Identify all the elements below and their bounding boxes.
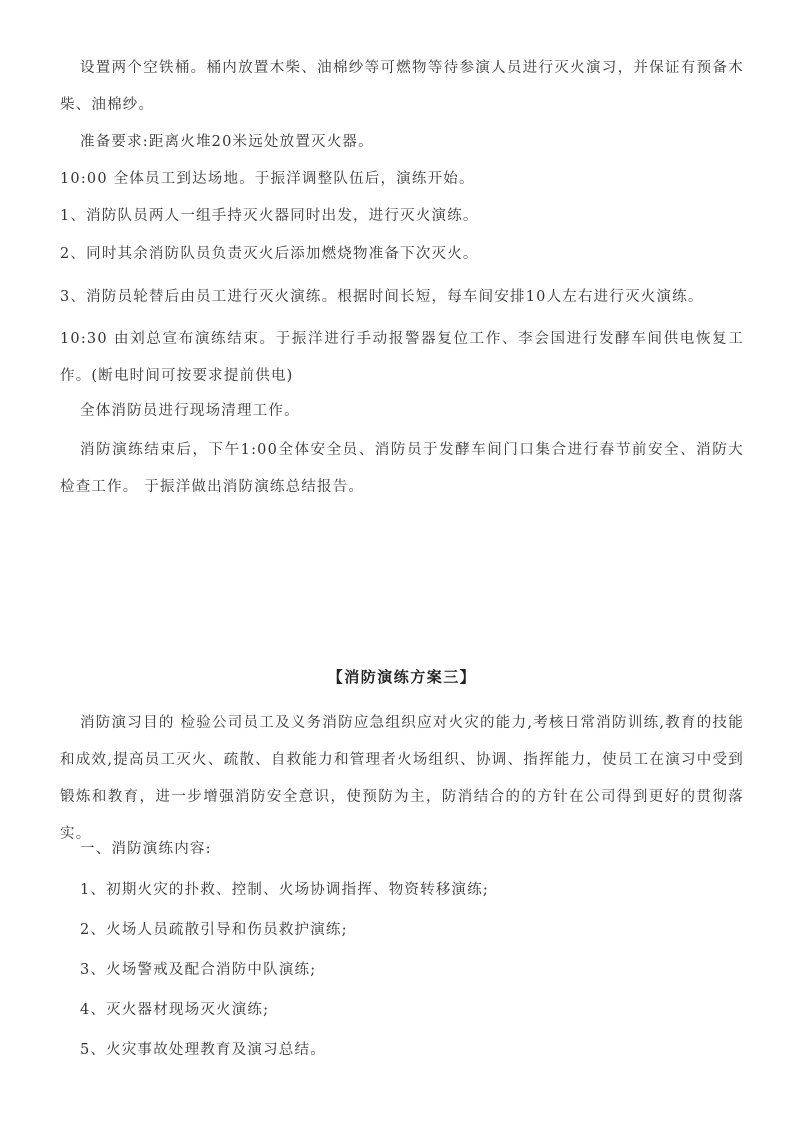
list-item-4: 4、灭火器材现场灭火演练; [80,992,744,1029]
paragraph-step-2: 2、同时其余消防队员负责灭火后添加燃烧物准备下次灭火。 [60,236,744,273]
paragraph-prepare-requirements: 准备要求:距离火堆20米远处放置灭火器。 [60,124,744,161]
list-item-5: 5、火灾事故处理教育及演习总结。 [80,1032,744,1069]
paragraph-step-3: 3、消防员轮替后由员工进行灭火演练。根据时间长短，每车间安排10人左右进行灭火演… [60,279,744,316]
paragraph-end-time: 10:30 由刘总宣布演练结束。于振洋进行手动报警器复位工作、李会国进行发酵车间… [60,321,744,395]
paragraph-cleanup: 全体消防员进行现场清理工作。 [60,393,744,430]
content-heading: 一、消防演练内容: [80,831,744,868]
list-item-1: 1、初期火灾的扑救、控制、火场协调指挥、物资转移演练; [80,872,744,909]
list-item-3: 3、火场警戒及配合消防中队演练; [80,952,744,989]
paragraph-step-1: 1、消防队员两人一组手持灭火器同时出发，进行灭火演练。 [60,198,744,235]
paragraph-start-time: 10:00 全体员工到达场地。于振洋调整队伍后，演练开始。 [60,161,744,198]
paragraph-inspection: 消防演练结束后，下午1:00全体安全员、消防员于发酵车间门口集合进行春节前安全、… [60,432,744,506]
paragraph-prepare-buckets: 设置两个空铁桶。桶内放置木柴、油棉纱等可燃物等待参演人员进行灭火演习，并保证有预… [60,50,744,124]
list-item-2: 2、火场人员疏散引导和伤员救护演练; [80,912,744,949]
section-title: 【消防演练方案三】 [60,666,744,687]
